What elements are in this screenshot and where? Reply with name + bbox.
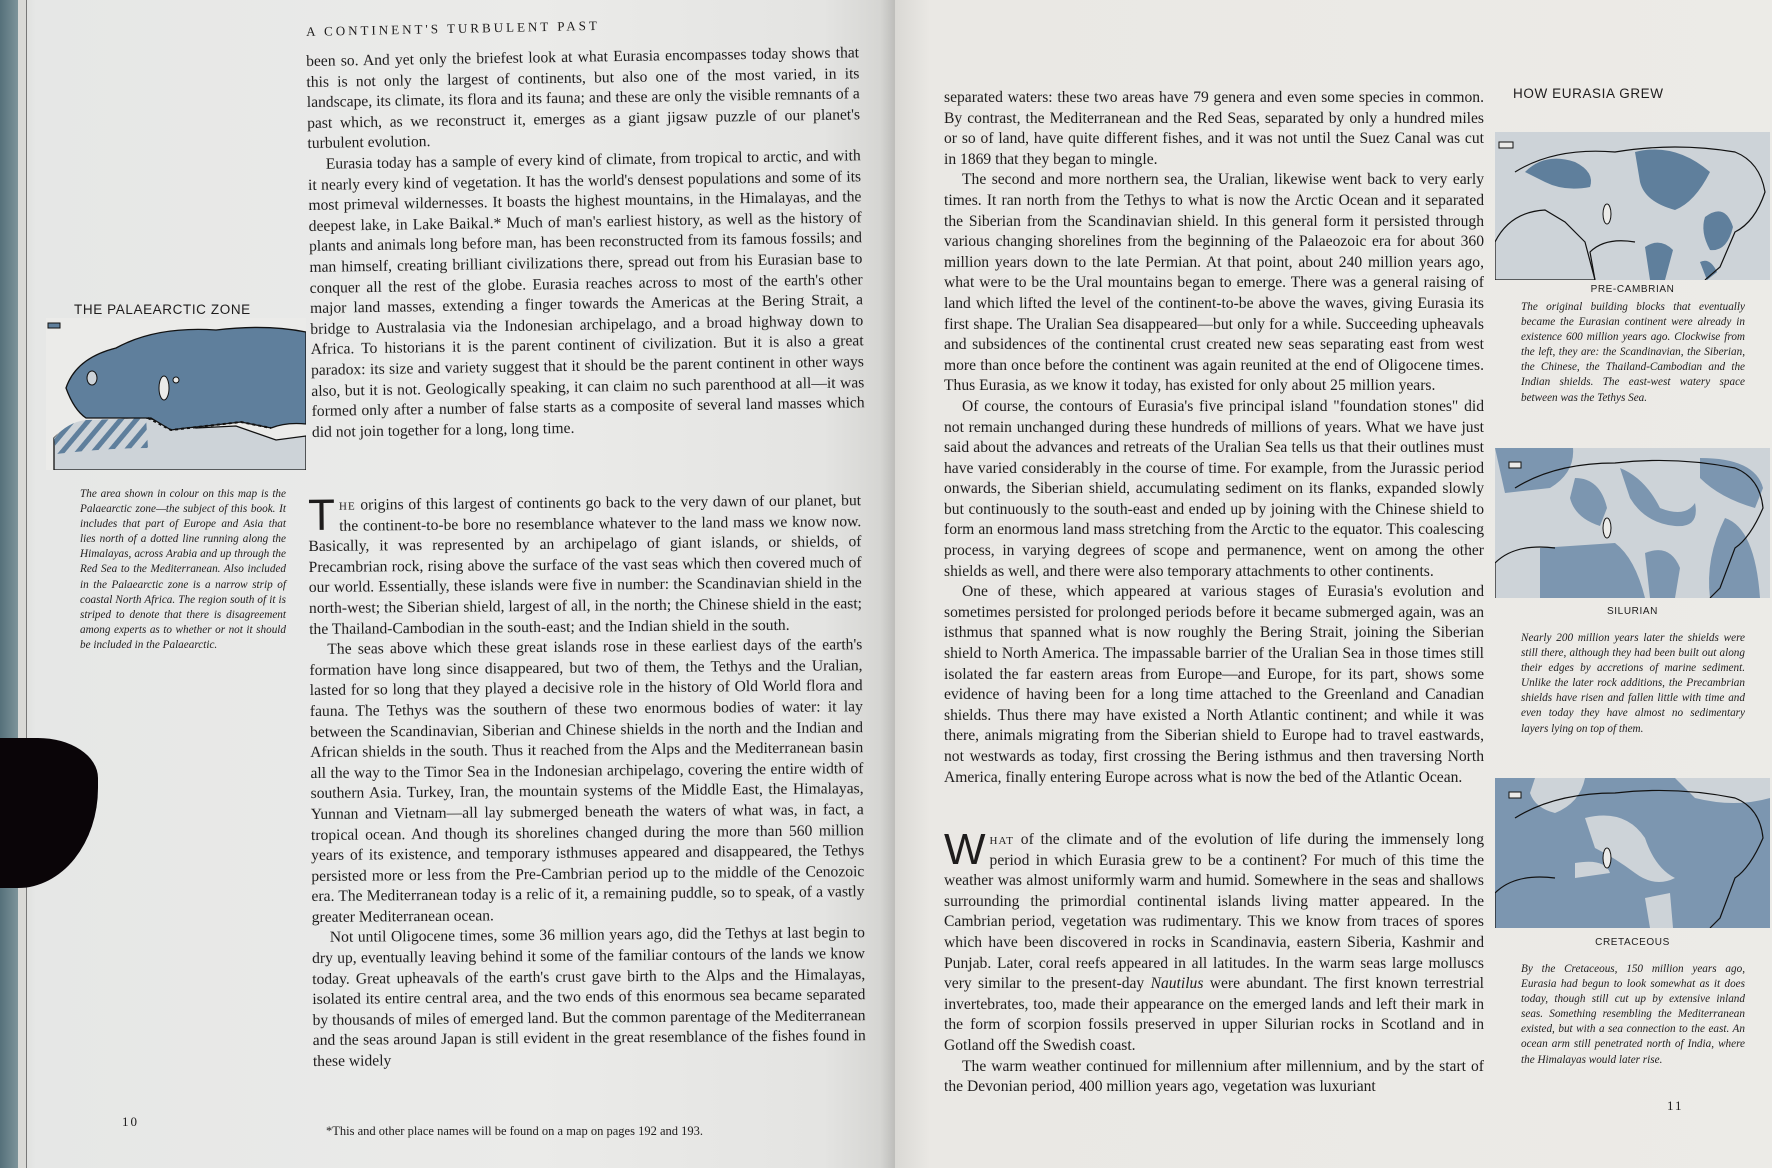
paragraph: The second and more northern sea, the Ur…: [944, 170, 1484, 397]
paragraph: The seas above which these great islands…: [309, 635, 864, 928]
paragraph-text: of the climate and of the evolution of l…: [944, 831, 1484, 992]
map-caption: The original building blocks that eventu…: [1521, 300, 1745, 406]
lead-smallcaps: he: [339, 497, 356, 514]
precambrian-map: [1495, 132, 1770, 280]
paragraph: The warm weather continued for millenniu…: [944, 1057, 1484, 1098]
thumb-obstruction: [0, 738, 98, 888]
page-number: 10: [122, 1114, 139, 1130]
left-column-section-2: The origins of this largest of continent…: [308, 491, 866, 1072]
dropcap: W: [944, 832, 986, 868]
left-page: A Continent's Turbulent Past THE PALAEAR…: [0, 0, 895, 1168]
palaearctic-map-caption: The area shown in colour on this map is …: [80, 487, 286, 653]
how-eurasia-grew-title: HOW EURASIA GREW: [1513, 86, 1664, 101]
cretaceous-map: [1495, 778, 1770, 928]
dropcap: T: [308, 498, 335, 534]
left-column-section-1: been so. And yet only the briefest look …: [306, 43, 865, 443]
paragraph: separated waters: these two areas have 7…: [944, 88, 1484, 170]
footnote: *This and other place names will be foun…: [326, 1124, 703, 1139]
map-caption: By the Cretaceous, 150 million years ago…: [1521, 962, 1745, 1068]
italic-term: Nautilus: [1151, 975, 1204, 992]
paragraph: Of course, the contours of Eurasia's fiv…: [944, 397, 1484, 582]
page-edge: [18, 0, 27, 1168]
paragraph: The origins of this largest of continent…: [308, 491, 862, 640]
palaearctic-map-title: THE PALAEARCTIC ZONE: [74, 302, 251, 317]
paragraph: What of the climate and of the evolution…: [944, 830, 1484, 1057]
palaearctic-zone-map: [46, 318, 306, 470]
right-column-section-2: What of the climate and of the evolution…: [944, 830, 1484, 1098]
paragraph: Eurasia today has a sample of every kind…: [308, 146, 865, 443]
map-caption: Nearly 200 million years later the shiel…: [1521, 631, 1745, 737]
paragraph-text: origins of this largest of continents go…: [308, 492, 862, 637]
paragraph: One of these, which appeared at various …: [944, 582, 1484, 788]
book-binding: [0, 0, 18, 1168]
running-head: A Continent's Turbulent Past: [306, 18, 600, 40]
right-column-section-1: separated waters: these two areas have 7…: [944, 88, 1484, 788]
silurian-map: [1495, 448, 1770, 598]
map-label: SILURIAN: [1495, 606, 1770, 617]
paragraph: Not until Oligocene times, some 36 milli…: [312, 924, 866, 1073]
map-label: PRE-CAMBRIAN: [1495, 284, 1770, 295]
map-label: CRETACEOUS: [1495, 937, 1770, 948]
right-page: separated waters: these two areas have 7…: [895, 0, 1772, 1168]
lead-smallcaps: hat: [990, 831, 1014, 848]
page-number: 11: [1667, 1098, 1684, 1114]
paragraph: been so. And yet only the briefest look …: [306, 43, 861, 155]
